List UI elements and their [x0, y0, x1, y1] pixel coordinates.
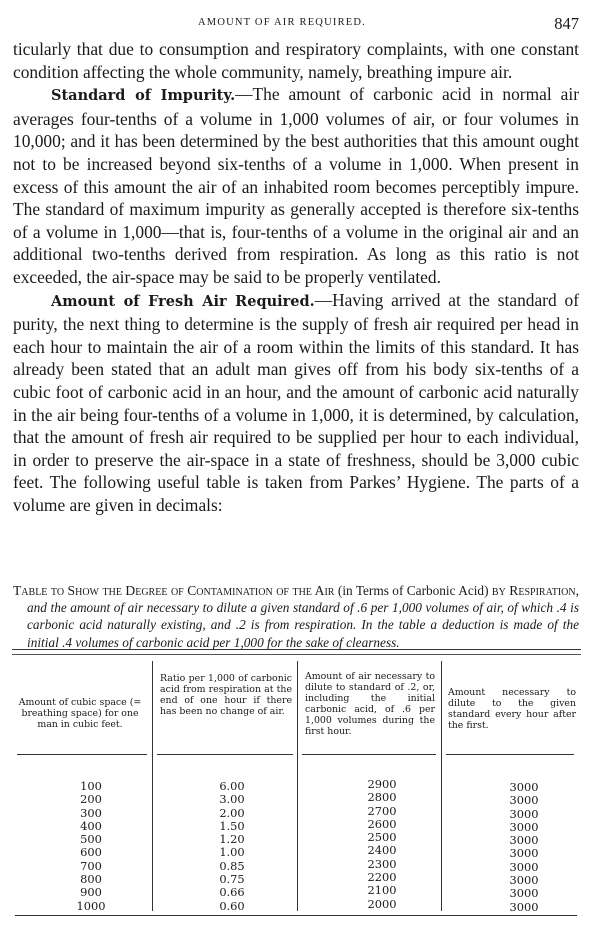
- cell: 3000: [494, 834, 554, 847]
- table-caption: Table to Show the Degree of Contaminatio…: [13, 582, 579, 651]
- cell: 2000: [352, 898, 412, 911]
- cell: 3000: [494, 808, 554, 821]
- cell: 6.00: [202, 780, 262, 793]
- paragraph-text: —Having arrived at the standard of purit…: [13, 290, 579, 515]
- cell: 2700: [352, 805, 412, 818]
- paragraph-standard-of-impurity: Standard of Impurity.—The amount of carb…: [13, 83, 579, 288]
- column-cubic-space: 100 200 300 400 500 600 700 800 900 1000: [56, 780, 126, 913]
- cell: 1.00: [202, 846, 262, 859]
- column-header-cubic-space: Amount of cubic space (= breathing space…: [12, 697, 148, 730]
- header-rule: [302, 754, 436, 755]
- cell: 3000: [494, 887, 554, 900]
- cell: 0.66: [202, 886, 262, 899]
- cell: 100: [56, 780, 126, 793]
- paragraph-text: —The amount of carbonic acid in normal a…: [13, 84, 579, 287]
- cell: 2300: [352, 858, 412, 871]
- cell: 200: [56, 793, 126, 806]
- paragraph-fresh-air-required: Amount of Fresh Air Required.—Having arr…: [13, 289, 579, 517]
- column-header-after-first: Amount necessary to dilute to the given …: [448, 687, 576, 731]
- cell: 2600: [352, 818, 412, 831]
- column-header-first-hour: Amount of air necessary to dilute to sta…: [305, 671, 435, 737]
- column-divider: [441, 661, 442, 911]
- column-ratio: 6.00 3.00 2.00 1.50 1.20 1.00 0.85 0.75 …: [202, 780, 262, 913]
- cell: 2100: [352, 884, 412, 897]
- cell: 3000: [494, 874, 554, 887]
- cell: 2400: [352, 844, 412, 857]
- cell: 2200: [352, 871, 412, 884]
- cell: 500: [56, 833, 126, 846]
- body-text: ticularly that due to consumption and re…: [13, 38, 579, 516]
- paragraph-continued: ticularly that due to consumption and re…: [13, 38, 579, 83]
- cell: 300: [56, 807, 126, 820]
- column-header-ratio: Ratio per 1,000 of carbonic acid from re…: [160, 673, 292, 717]
- caption-paren: (in Terms of Carbonic Acid): [334, 583, 491, 598]
- cell: 3000: [494, 901, 554, 914]
- table-bottom-rule: [15, 915, 577, 916]
- cell: 3000: [494, 847, 554, 860]
- cell: 1000: [56, 900, 126, 913]
- cell: 0.75: [202, 873, 262, 886]
- cell: 3000: [494, 794, 554, 807]
- cell: 2500: [352, 831, 412, 844]
- header-rule: [157, 754, 293, 755]
- page-number: 847: [554, 14, 579, 34]
- header-rule: [446, 754, 574, 755]
- column-divider: [297, 661, 298, 911]
- column-after-first: 3000 3000 3000 3000 3000 3000 3000 3000 …: [494, 781, 554, 914]
- cell: 3.00: [202, 793, 262, 806]
- cell: 700: [56, 860, 126, 873]
- cell: 2.00: [202, 807, 262, 820]
- contamination-table: Amount of cubic space (= breathing space…: [12, 649, 581, 923]
- run-in-heading-fresh-air-required: Amount of Fresh Air Required.: [51, 293, 315, 310]
- cell: 1.50: [202, 820, 262, 833]
- cell: 3000: [494, 861, 554, 874]
- cell: 1.20: [202, 833, 262, 846]
- cell: 2800: [352, 791, 412, 804]
- run-in-heading-standard-of-impurity: Standard of Impurity.: [51, 87, 235, 104]
- cell: 900: [56, 886, 126, 899]
- caption-description: and the amount of air necessary to dilut…: [27, 600, 579, 649]
- cell: 2900: [352, 778, 412, 791]
- cell: 600: [56, 846, 126, 859]
- table-top-rule: [12, 649, 581, 655]
- column-first-hour: 2900 2800 2700 2600 2500 2400 2300 2200 …: [352, 778, 412, 911]
- running-head: AMOUNT OF AIR REQUIRED. 847: [0, 14, 591, 34]
- running-title: AMOUNT OF AIR REQUIRED.: [198, 17, 366, 28]
- cell: 3000: [494, 781, 554, 794]
- cell: 3000: [494, 821, 554, 834]
- cell: 800: [56, 873, 126, 886]
- cell: 0.85: [202, 860, 262, 873]
- caption-title-cont: by Respiration,: [492, 583, 579, 598]
- cell: 400: [56, 820, 126, 833]
- header-rule: [17, 754, 147, 755]
- cell: 0.60: [202, 900, 262, 913]
- caption-title: Table to Show the Degree of Contaminatio…: [13, 583, 334, 598]
- column-divider: [152, 661, 153, 911]
